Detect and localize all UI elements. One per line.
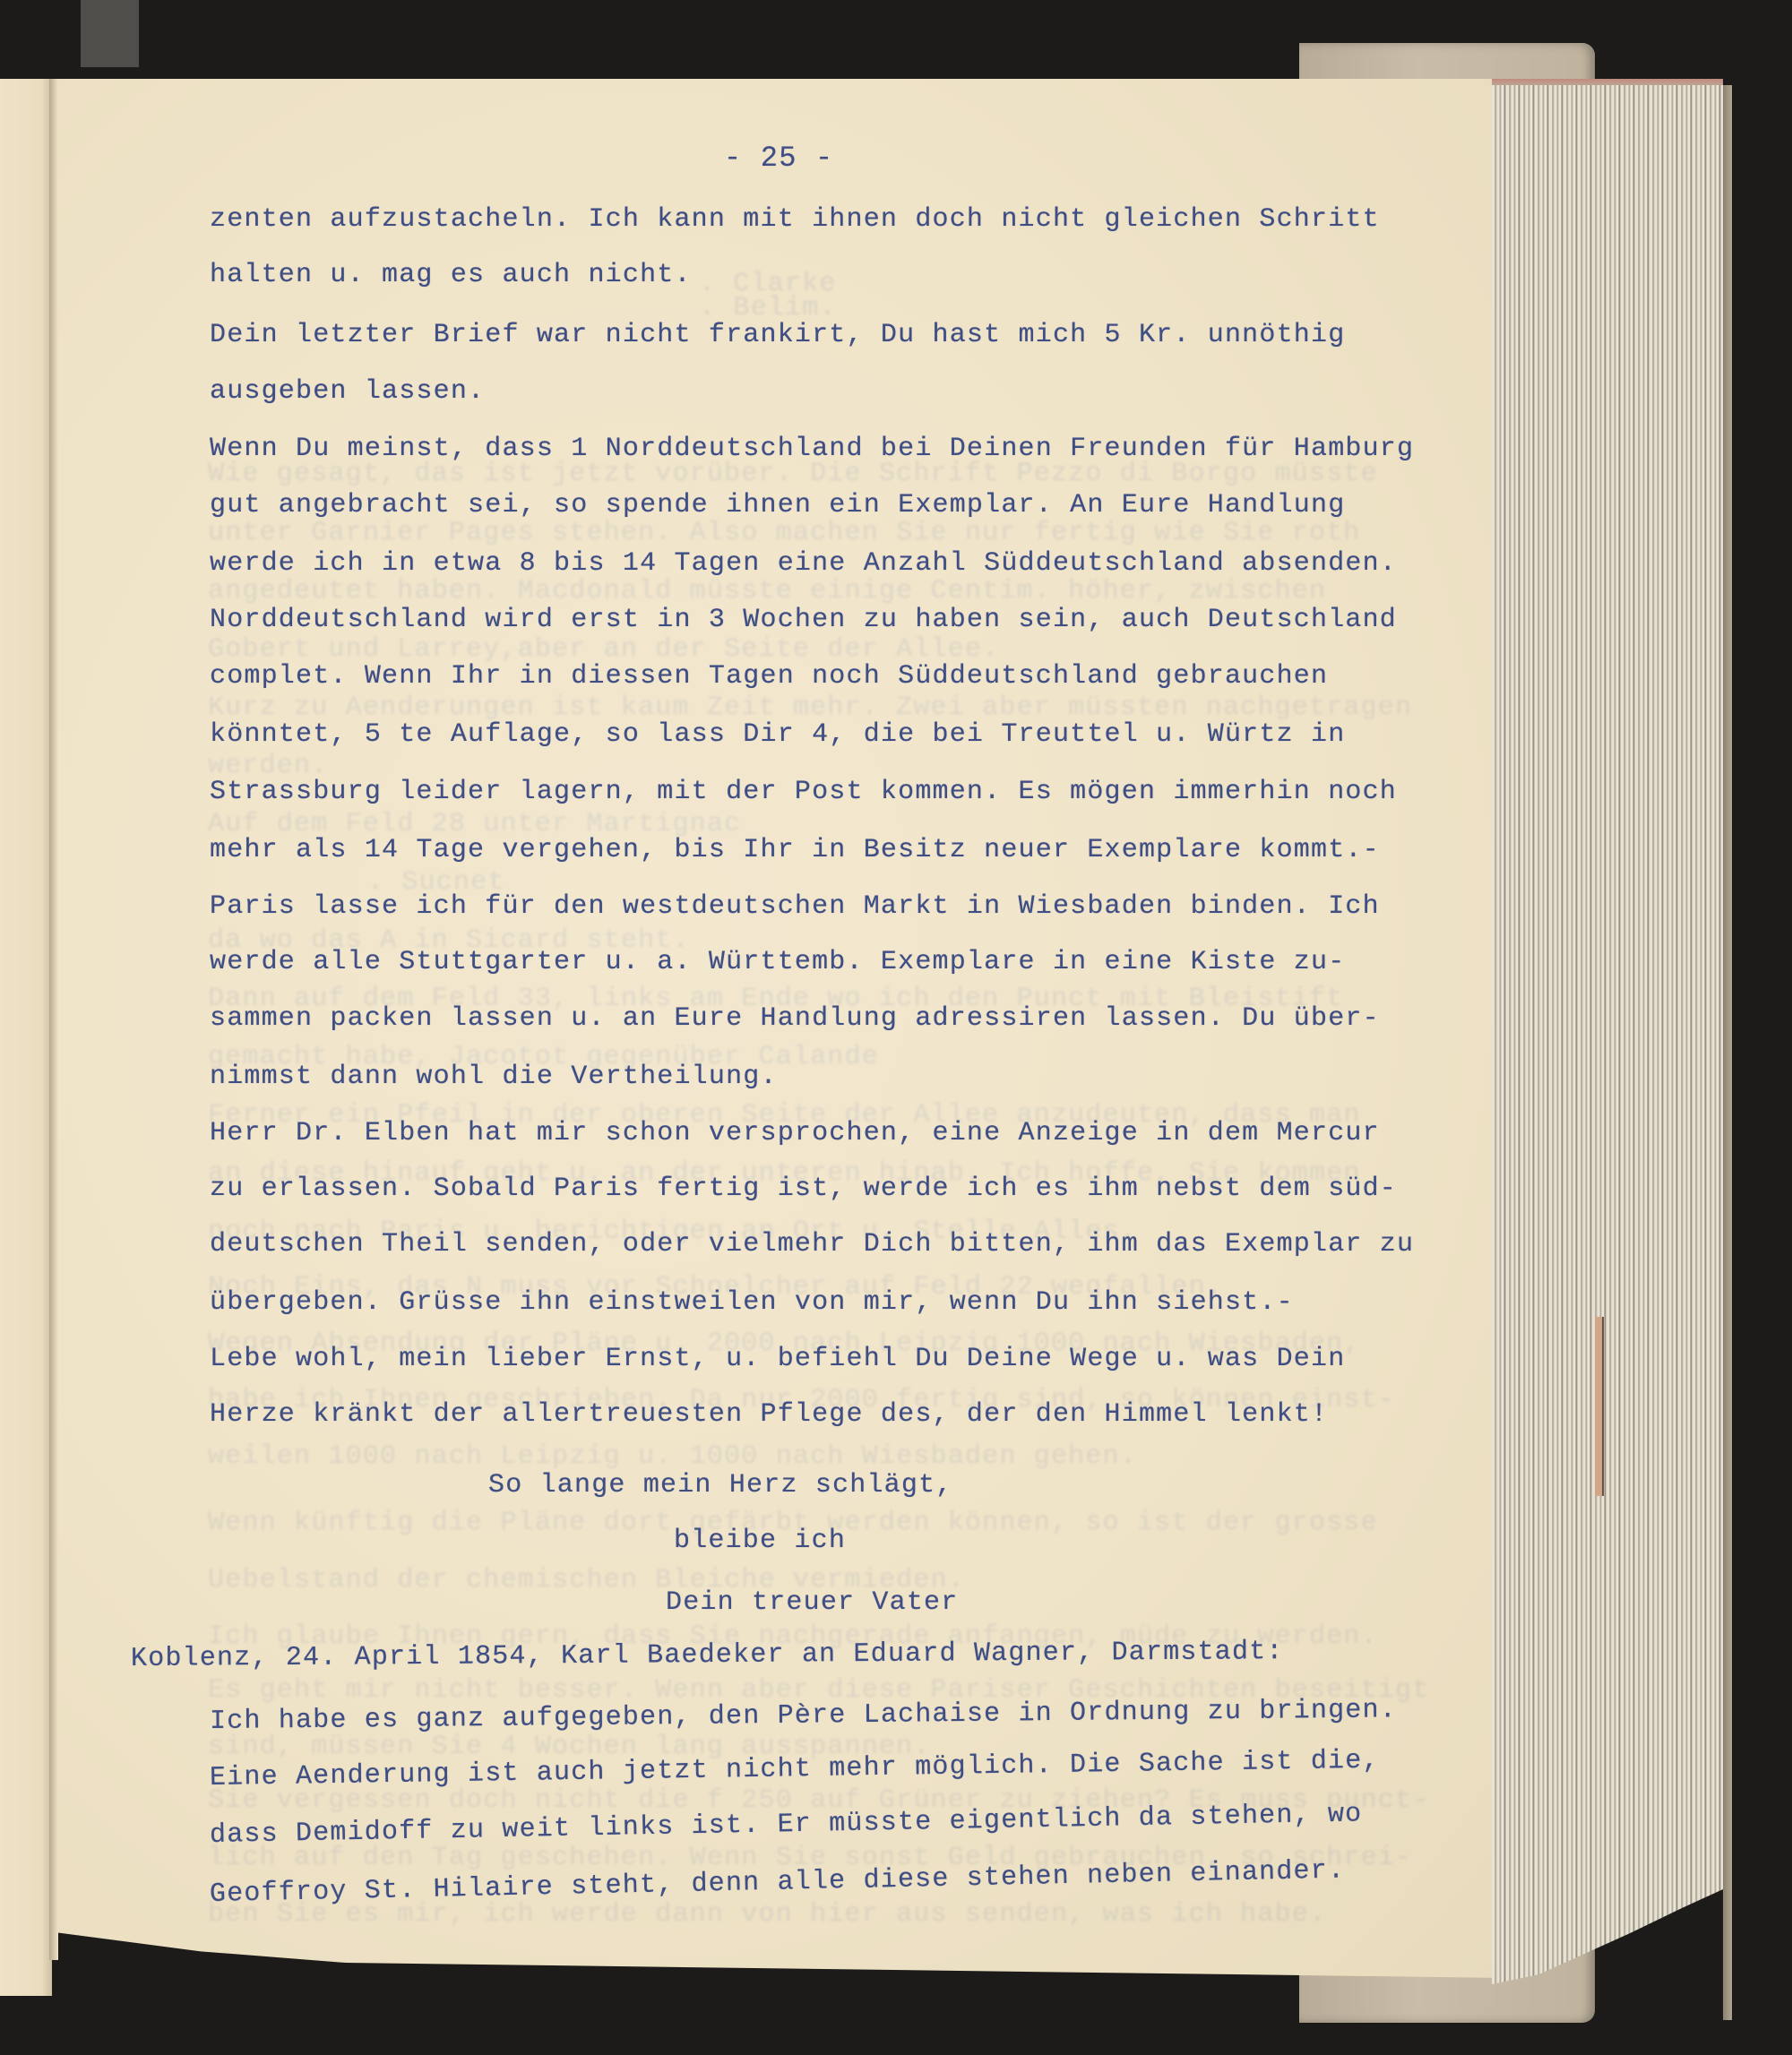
closing-line: bleibe ich: [674, 1526, 846, 1556]
body-line: Herze kränkt der allertreuesten Pflege d…: [210, 1399, 1328, 1430]
page-number: - 25 -: [724, 142, 833, 175]
body-line: werde ich in etwa 8 bis 14 Tagen eine An…: [210, 548, 1397, 579]
body-line: Wenn Du meinst, dass 1 Norddeutschland b…: [210, 434, 1414, 464]
bleed-through-fragment: . Belim.: [699, 293, 837, 323]
body-line: zenten aufzustacheln. Ich kann mit ihnen…: [210, 204, 1380, 235]
bleed-through-line: angedeutet haben. Macdonald müsste einig…: [208, 576, 1326, 606]
body-line: übergeben. Grüsse ihn einstweilen von mi…: [210, 1287, 1294, 1318]
body-line: Lebe wohl, mein lieber Ernst, u. befiehl…: [210, 1344, 1345, 1374]
body-line: ausgeben lassen.: [210, 376, 485, 407]
body-line: zu erlassen. Sobald Paris fertig ist, we…: [210, 1174, 1397, 1204]
body-line: nimmst dann wohl die Vertheilung.: [210, 1062, 778, 1092]
body-line: Paris lasse ich für den westdeutschen Ma…: [210, 891, 1380, 922]
typed-document: . Clarke . Belim. Wie gesagt, das ist je…: [0, 0, 1792, 2055]
body-line: mehr als 14 Tage vergehen, bis Ihr in Be…: [210, 835, 1380, 865]
body-line: Strassburg leider lagern, mit der Post k…: [210, 777, 1397, 807]
body-line: Norddeutschland wird erst in 3 Wochen zu…: [210, 605, 1397, 635]
body-line: complet. Wenn Ihr in diessen Tagen noch …: [210, 661, 1328, 692]
body-line: sammen packen lassen u. an Eure Handlung…: [210, 1003, 1380, 1034]
bleed-through-line: Gobert und Larrey,aber an der Seite der …: [208, 634, 999, 665]
bleed-through-line: weilen 1000 nach Leipzig u. 1000 nach Wi…: [208, 1441, 1137, 1472]
letter-heading: Koblenz, 24. April 1854, Karl Baedeker a…: [131, 1637, 1284, 1674]
body-line: könntet, 5 te Auflage, so lass Dir 4, di…: [210, 719, 1345, 750]
body-line: gut angebracht sei, so spende ihnen ein …: [210, 490, 1345, 520]
body-line: werde alle Stuttgarter u. a. Württemb. E…: [210, 947, 1345, 977]
bleed-through-line: unter Garnier Pages stehen. Also machen …: [208, 518, 1361, 548]
closing-signature: Dein treuer Vater: [666, 1587, 958, 1618]
body-line: deutschen Theil senden, oder vielmehr Di…: [210, 1229, 1414, 1260]
body-line: halten u. mag es auch nicht.: [210, 260, 692, 290]
closing-line: So lange mein Herz schlägt,: [488, 1470, 952, 1500]
bleed-through-line: Kurz zu Aenderungen ist kaum Zeit mehr. …: [208, 692, 1412, 723]
body-line: Herr Dr. Elben hat mir schon versprochen…: [210, 1118, 1380, 1148]
body-line: Dein letzter Brief war nicht frankirt, D…: [210, 320, 1345, 350]
